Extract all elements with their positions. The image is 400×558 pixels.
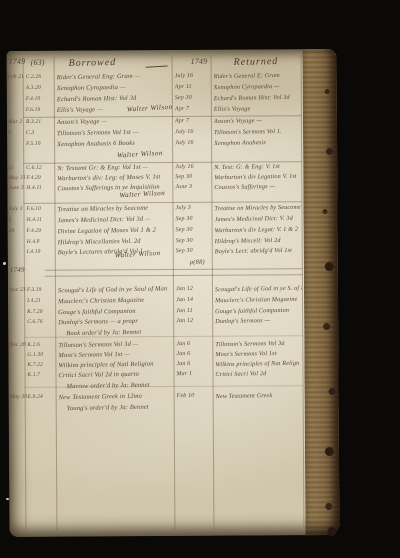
book-page-edges [303,49,340,535]
borrowed-title: Warburton's div: Leg: of Moses V. 1st [57,173,160,182]
shelf-mark: C.3 [26,130,53,136]
shelf-mark: C.2.26 [26,74,53,80]
borrowed-title: Marrow order'd by Ja: Bennet [67,382,150,391]
borrowed-title: Anson's Voyage — [57,118,107,126]
return-date: Jan 6 [176,351,210,358]
shelf-mark: C.6.76 [27,319,54,325]
ledger-row: June 3H.4.11Coustos's Sufferings in ye I… [7,183,337,196]
return-date: July 16 [175,140,209,147]
borrowed-title: Book order'd by Ja: Bennet [66,329,141,337]
borrowed-title: N: Testamt Gr: & Eng: Vol 1st — [57,164,148,173]
returned-title: Scougal's Life of God in ye S. of Man [215,285,302,294]
return-date: July 16 [175,129,209,136]
returned-title: Echard's Roman Hist: Vol 3d [214,94,290,102]
returned-title: Tillotson's Sermons Vol 3d [215,340,284,348]
year-label-section2: 1749 [10,266,25,274]
year-label-left: 1749 [8,57,25,66]
shelf-mark: F.5.10 [26,141,53,147]
returned-title: Treatise on Miracles by Seacome [214,204,301,213]
return-date: June 3 [175,184,209,191]
return-date: Jan 6 [176,341,210,348]
returned-title: Warburton's div Legation V. 1st [214,173,297,182]
return-date: July 16 [175,73,209,80]
borrowed-title: New Testament Greek in 12mo [59,393,142,402]
returned-title: Xenophon Anabasis [214,139,266,147]
borrowed-title: Mauclerc's Christian Magazine [58,297,145,306]
returned-title: Hildrop's Miscell: Vol 2d [215,237,281,245]
shelf-mark: F.3.19 [27,287,54,293]
return-date: Jan 12 [176,318,210,325]
borrowed-title: Divine Legation of Moses Vol 1 & 2 [58,227,157,236]
borrowed-title: Young's order'd by Ja: Bennet [67,404,149,413]
borrowed-title: Wilkins principles of Natl Religion [58,361,153,370]
borrowed-title: Ellis's Voyage — [57,106,103,114]
return-date: Jan 6 [176,361,210,368]
shelf-mark: K.1.7 [27,372,54,378]
shelf-mark: K.7.20 [27,309,54,315]
returned-title: Critici Sacri Vol 2d [215,370,266,378]
borrowed-title: James's Medicinal Dict: Vol 3d — [57,216,151,225]
returned-title: Boyle's Lect: abridg'd Vol 1st [215,247,292,255]
page-reference-note: p(88) [190,259,205,266]
returned-title: Wilkins principles of Nat Relign [215,360,299,369]
return-date: Sep 30 [176,227,210,234]
photo-backdrop: 1749 (63) Borrowed 1749 Returned p(88) 1… [0,0,400,558]
ledger-row: I.4.10Boyle's Lectures abridg'd Vol 1 —S… [8,247,338,260]
return-date: Mar 1 [176,371,210,378]
signatures-layer: Walter WilsonWalter WilsonWalter WilsonW… [7,49,337,51]
return-date: Apr 11 [175,84,209,91]
returned-title: Ellis's Voyage [214,105,251,113]
shelf-mark: F.4.10 [26,96,53,102]
shelf-mark: F.4.29 [27,228,54,234]
shelf-mark: E.8.24 [28,394,55,400]
dust-speck [3,262,6,265]
borrowed-title: Xenophon Cyropaedia — [57,84,126,92]
borrowed-column-header: Borrowed [68,57,116,69]
shelf-mark: H.4.11 [26,185,53,191]
shelf-mark: A.3.20 [26,85,53,91]
borrowed-title: Tillotson's Sermons Vol 1st — [57,129,139,137]
return-date: Apr 7 [175,106,209,113]
borrowed-title: Scougal's Life of God in ye Soul of Man [58,285,168,294]
edge-stains [325,89,330,94]
borrowed-title: Dunlop's Sermons — a propr [58,318,138,326]
returned-title: Dunlop's Sermons — [215,317,270,325]
return-date: Apr 7 [175,118,209,125]
returned-column-header: Returned [233,56,278,68]
returned-title: New Testament Greek [216,392,273,400]
returned-title: N. Test: G: & Eng: V. 1st [214,163,280,171]
ledger-row: Book order'd by Ja: Bennet [8,328,338,341]
return-date: Jan 12 [176,286,210,293]
shelf-mark: H.4.8 [27,239,54,245]
return-date: Sep 30 [175,174,209,181]
shelf-mark: F.4.29 [26,175,53,181]
returned-title: Xenophon Cyropaedia — [214,83,280,91]
borrower-signature: Walter Wilson [117,149,163,160]
return-date: Jan 11 [176,308,210,315]
borrowed-title: Critici Sacri Vol 2d in quarto [58,371,139,379]
shelf-mark: C.6.12 [26,165,53,171]
shelf-mark: K.7.22 [27,362,54,368]
returned-title: Anson's Voyage — [214,117,262,125]
borrowed-title: Hildrop's Miscellanies Vol. 2d [58,238,141,247]
header-flourish [146,65,168,67]
borrowed-title: Xenophon Anabasis 6 Books [57,140,135,148]
return-date: Sep 30 [176,248,210,255]
shelf-mark: F.6.19 [26,107,53,113]
borrowed-title: Rider's General Eng: Gram — [57,73,141,82]
return-date: Jan 14 [176,297,210,304]
shelf-mark: G.1.30 [27,352,54,358]
return-date: Sep 30 [175,216,209,223]
ledger-page: 1749 (63) Borrowed 1749 Returned p(88) 1… [7,49,340,537]
returned-title: Moss's Sermons Vol 1st [215,350,276,358]
returned-title: Warburton's div Legat: V. 1 & 2 [215,226,299,235]
returned-title: Coustos's Sufferings — [214,183,275,191]
borrowed-title: Tillotson's Sermons Vol 3d — [58,341,138,349]
year-label-mid: 1749 [190,57,207,66]
ledger-rows: Feb 21C.2.26Rider's General Eng: Gram —J… [7,49,337,51]
shelf-mark: B.3.21 [26,119,53,125]
borrowed-title: Echard's Roman Hist: Vol 3d [57,95,137,103]
return-date: Sep 30 [175,95,209,102]
shelf-mark: I.4.21 [27,298,54,304]
borrowed-title: Moss's Sermons Vol 1st — [58,351,130,359]
folio-number: (63) [30,58,44,67]
return-date: July 3 [175,205,209,212]
returned-title: Mauclerc's Christian Magazine [215,296,298,305]
return-date: Sep 30 [176,238,210,245]
borrowed-title: Gouge's faithful Companion [58,308,136,316]
ledger-row: F.5.10Xenophon Anabasis 6 BooksJuly 16Xe… [7,139,337,152]
returned-title: James's Medicinal Dict: V. 3d [214,215,292,223]
shelf-mark: H.4.11 [26,217,53,223]
returned-title: Tillotson's Sermons Vol 1. [214,128,282,136]
borrower-signature: Walter Wilson [119,189,165,200]
return-date: July 16 [175,164,209,171]
ledger-row: Young's order'd by Ja: Bennet [9,403,339,416]
returned-title: Gouge's faithful Companion [215,307,289,315]
shelf-mark: K.2.6 [27,342,54,348]
shelf-mark: F.6.10 [26,206,53,212]
shelf-mark: I.4.10 [27,249,54,255]
borrowed-title: Treatise on Miracles by Seacome [57,205,148,214]
return-date: Feb 10 [177,393,211,400]
returned-title: Rider's General E: Gram [214,72,280,80]
